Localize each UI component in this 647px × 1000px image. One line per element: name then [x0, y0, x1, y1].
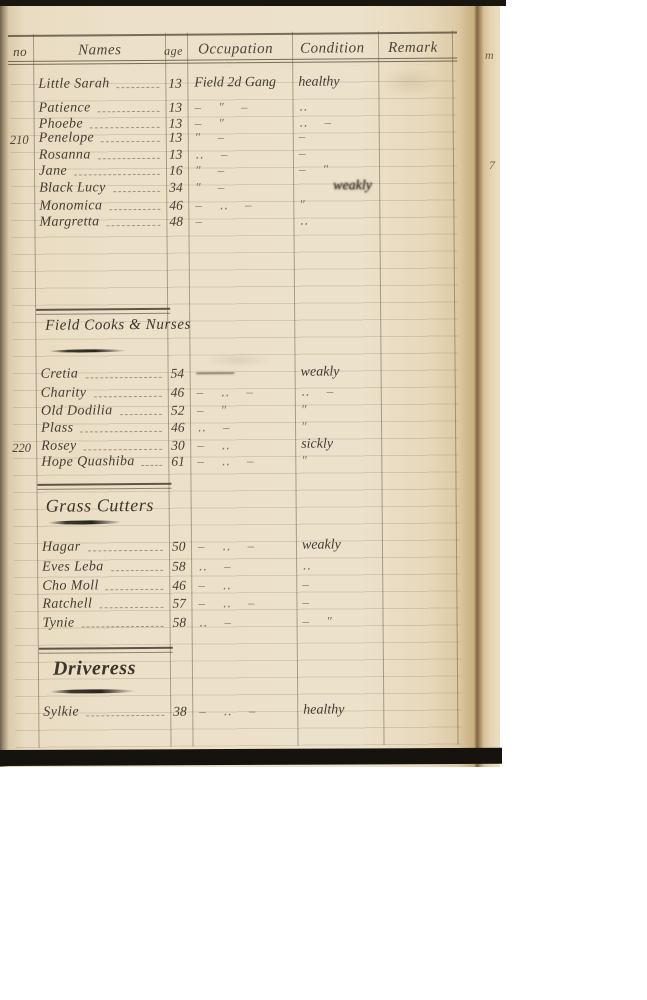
- condition-ditto: ‥: [298, 98, 416, 115]
- col-header-names: Names: [78, 42, 121, 59]
- scan-edge-bottom: [0, 748, 502, 766]
- leader-dashes: [90, 127, 160, 129]
- condition-value: weakly: [333, 178, 451, 195]
- leader-dashes: [98, 158, 160, 159]
- row-number: 210: [10, 132, 37, 148]
- scan-edge-top: [0, 0, 506, 6]
- condition-ditto: ″: [299, 196, 417, 213]
- person-name: Old Dodilia: [41, 403, 113, 420]
- person-name: Tynie: [43, 616, 75, 632]
- table-row: Plass 46 ‥ – ″: [39, 417, 463, 437]
- occupation-ditto: ‥ –: [197, 419, 315, 436]
- name-cell: Little Sarah: [38, 76, 164, 93]
- leader-dashes: [142, 465, 163, 466]
- row-number: 220: [12, 440, 39, 456]
- edge-note-top: m: [485, 48, 494, 63]
- leader-dashes: [111, 570, 163, 571]
- person-name: Monomica: [39, 198, 102, 214]
- person-name: Patience: [38, 100, 90, 116]
- header-top-rule: [8, 32, 457, 38]
- section-divider: [36, 308, 170, 315]
- person-name: Plass: [41, 421, 73, 437]
- condition-value: weakly: [301, 364, 419, 381]
- leader-dashes: [101, 141, 160, 142]
- age-value: 54: [171, 366, 199, 382]
- condition-ditto: – ″: [299, 161, 417, 178]
- age-value: 30: [171, 438, 199, 454]
- age-value: 13: [168, 76, 196, 92]
- occupation-ditto: – ‥ –: [198, 538, 316, 555]
- person-name: Penelope: [39, 130, 94, 146]
- person-name: Little Sarah: [38, 76, 109, 93]
- condition-ditto: –: [302, 576, 420, 593]
- name-cell: Old Dodilia: [41, 403, 167, 420]
- leader-dashes: [93, 396, 161, 398]
- person-name: Sylkie: [43, 704, 79, 720]
- name-cell: Rosey: [41, 438, 167, 455]
- person-name: Hagar: [42, 539, 81, 555]
- table-row: Sylkie 38 – ‥ – healthy: [41, 701, 465, 721]
- name-cell: Penelope: [39, 130, 165, 147]
- occupation-ditto: ‥ –: [199, 614, 317, 631]
- occupation-ditto: – ‥ –: [197, 453, 315, 470]
- occupation-value: Field 2d Gang: [194, 75, 312, 92]
- age-value: 58: [172, 559, 200, 575]
- person-name: Jane: [39, 164, 67, 180]
- name-cell: Sylkie: [43, 704, 169, 721]
- table-row: Cho Moll 46 – ‥ –: [40, 575, 464, 595]
- occupation-ditto: – ″: [197, 402, 315, 419]
- section-divider: [39, 647, 173, 654]
- table-row: Hope Quashiba 61 – ‥ – ″: [39, 451, 463, 471]
- condition-ditto: ″: [301, 418, 419, 435]
- person-name: Black Lucy: [39, 180, 106, 197]
- section-title: Grass Cutters: [46, 495, 154, 517]
- occupation-ditto: –: [195, 213, 313, 230]
- occupation-ditto: – ‥ –: [197, 384, 315, 401]
- age-value: 38: [173, 704, 201, 720]
- table-row: Charity 46 – ‥ – ‥ –: [39, 382, 463, 402]
- section-title: Driveress: [53, 657, 136, 681]
- occupation-ditto: – ‥: [198, 577, 316, 594]
- name-cell: Eves Leba: [42, 559, 168, 576]
- name-cell: Tynie: [43, 615, 169, 632]
- name-cell: Plass: [41, 420, 167, 437]
- col-header-age: age: [164, 44, 183, 59]
- table-row: Eves Leba 58 ‥ – ‥: [40, 556, 464, 576]
- scanned-ledger-image: no Names age Occupation Condition Remark…: [0, 0, 647, 1000]
- occupation-ditto: – ″ –: [194, 99, 312, 116]
- leader-dashes: [107, 225, 161, 226]
- age-value: 58: [173, 615, 201, 631]
- leader-dashes: [82, 626, 164, 628]
- condition-ditto: –: [302, 594, 420, 611]
- age-value: 13: [168, 100, 196, 116]
- name-cell: Monomica: [39, 198, 165, 215]
- age-value: 57: [172, 596, 200, 612]
- leader-dashes: [84, 449, 163, 451]
- name-cell: Cho Moll: [42, 578, 168, 595]
- leader-dashes: [117, 87, 160, 88]
- leader-dashes: [86, 715, 164, 717]
- leader-dashes: [80, 431, 162, 433]
- condition-ditto: ‥: [302, 557, 420, 574]
- occupation-ditto: ″ –: [195, 179, 313, 196]
- section-divider: [37, 483, 171, 490]
- col-header-occupation: Occupation: [198, 41, 273, 59]
- leader-dashes: [109, 209, 160, 210]
- age-value: 46: [169, 198, 197, 214]
- age-value: 61: [171, 454, 199, 470]
- table-row: Margretta 48 – ‥: [37, 211, 461, 231]
- name-cell: Jane: [39, 163, 165, 180]
- leader-dashes: [99, 607, 163, 609]
- age-value: 16: [169, 163, 197, 179]
- leader-dashes: [85, 377, 161, 379]
- leader-dashes: [88, 550, 163, 552]
- person-name: Rosanna: [39, 147, 91, 163]
- condition-ditto: ‥: [299, 212, 417, 229]
- name-cell: Charity: [41, 385, 167, 402]
- age-value: 52: [171, 403, 199, 419]
- person-name: Charity: [41, 385, 87, 401]
- age-value: 34: [169, 180, 197, 196]
- section-title: Field Cooks & Nurses: [45, 317, 191, 335]
- age-value: 46: [171, 385, 199, 401]
- condition-value: healthy: [303, 702, 421, 719]
- col-header-condition: Condition: [300, 40, 365, 58]
- name-cell: Patience: [38, 100, 164, 117]
- condition-ditto: ″: [301, 452, 419, 469]
- name-cell: Rosanna: [39, 147, 165, 164]
- occupation-ditto: ″ –: [195, 162, 313, 179]
- condition-ditto: ″: [301, 401, 419, 418]
- age-value: 46: [172, 578, 200, 594]
- age-value: 48: [169, 214, 197, 230]
- condition-ditto: –: [299, 128, 417, 145]
- leader-dashes: [120, 414, 162, 415]
- name-cell: Ratchell: [42, 596, 168, 613]
- occupation-ditto: ‥ –: [195, 146, 313, 163]
- ledger-page: no Names age Occupation Condition Remark…: [0, 0, 500, 767]
- age-value: 50: [172, 539, 200, 555]
- table-row: Hagar 50 – ‥ – weakly: [40, 536, 464, 556]
- leader-dashes: [74, 174, 160, 176]
- person-name: Cho Moll: [42, 578, 99, 594]
- name-cell: Cretia: [41, 366, 167, 383]
- col-header-no: no: [13, 44, 27, 60]
- person-name: Ratchell: [42, 596, 92, 612]
- age-value: 46: [171, 420, 199, 436]
- col-header-remark: Remark: [388, 40, 438, 57]
- name-cell: Hagar: [42, 539, 168, 556]
- occupation-ditto: ″ –: [195, 129, 313, 146]
- name-cell: Margretta: [39, 214, 165, 231]
- name-cell: Hope Quashiba: [41, 454, 167, 471]
- leader-dashes: [113, 191, 160, 192]
- table-row: Black Lucy 34 ″ – weakly: [37, 177, 461, 197]
- age-value: 13: [169, 147, 197, 163]
- occupation-ditto: – ‥ –: [198, 595, 316, 612]
- person-name: Rosey: [41, 439, 77, 455]
- page-content: no Names age Occupation Condition Remark…: [0, 0, 506, 760]
- leader-dashes: [98, 111, 160, 112]
- table-row: Ratchell 57 – ‥ – –: [40, 593, 464, 613]
- occupation-ditto: – ‥ –: [199, 703, 317, 720]
- condition-ditto: ‥ –: [301, 383, 419, 400]
- edge-note-mid: 7: [489, 158, 495, 173]
- name-cell: Black Lucy: [39, 180, 165, 197]
- person-name: Cretia: [41, 366, 79, 382]
- occupation-ditto: ‥ –: [198, 558, 316, 575]
- occupation-ditto: – ‥: [197, 437, 315, 454]
- occupation-ditto: – ‥ –: [195, 197, 313, 214]
- condition-value: sickly: [301, 436, 419, 453]
- person-name: Hope Quashiba: [41, 454, 135, 471]
- person-name: Margretta: [39, 214, 99, 230]
- condition-ditto: –: [299, 145, 417, 162]
- age-value: 13: [169, 130, 197, 146]
- leader-dashes: [106, 589, 164, 590]
- condition-value: weakly: [302, 537, 420, 554]
- table-row: Tynie 58 ‥ – – ″: [41, 612, 465, 632]
- occupation-smudge: ———: [197, 365, 315, 382]
- person-name: Eves Leba: [42, 559, 104, 575]
- condition-ditto: – ″: [303, 613, 421, 630]
